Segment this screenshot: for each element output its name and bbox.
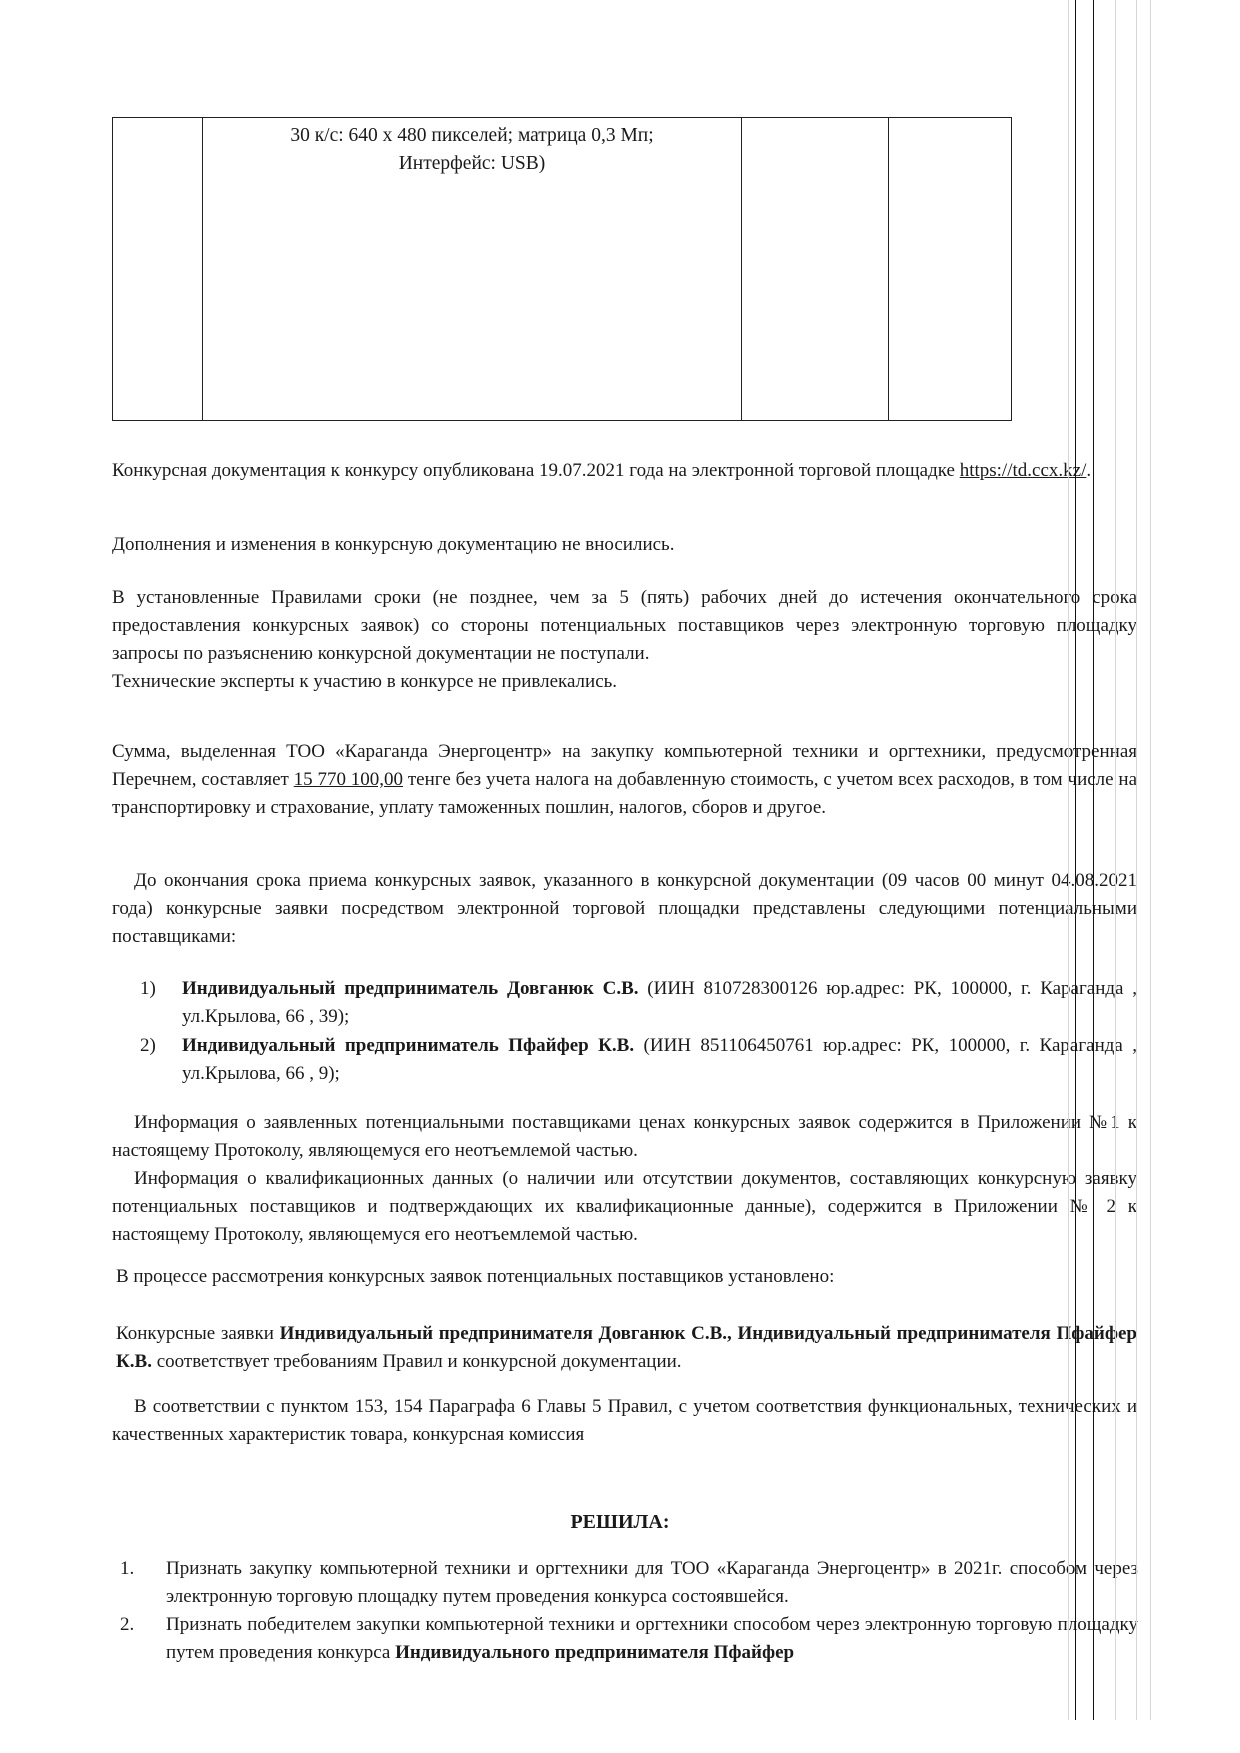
spec-line-1: 30 к/с: 640 х 480 пикселей; матрица 0,3 …: [203, 122, 741, 150]
table-cell-price: [889, 118, 1012, 421]
publication-paragraph: Конкурсная документация к конкурсу опубл…: [112, 457, 1137, 485]
info-prices-paragraph: Информация о заявленных потенциальными п…: [112, 1109, 1137, 1165]
winner-name: Индивидуального предпринимателя Пфайфер: [395, 1642, 794, 1663]
decision-heading: РЕШИЛА:: [0, 1511, 1240, 1534]
budget-amount: 15 770 100,00: [294, 769, 403, 790]
document-page: 30 к/с: 640 х 480 пикселей; матрица 0,3 …: [0, 0, 1240, 1753]
compliance-paragraph: Конкурсные заявки Индивидуальный предпри…: [112, 1320, 1137, 1376]
bidder-name: Индивидуальный предприниматель Довганюк …: [182, 978, 639, 999]
table-row: 30 к/с: 640 х 480 пикселей; матрица 0,3 …: [113, 118, 1012, 421]
deadline-paragraph: До окончания срока приема конкурсных зая…: [112, 867, 1137, 951]
bidder-name: Индивидуальный предпринимателя Довганюк …: [280, 1323, 732, 1344]
basis-paragraph: В соответствии с пунктом 153, 154 Парагр…: [112, 1393, 1137, 1449]
scan-artifact-line: [1136, 0, 1137, 1720]
list-item: 2. Признать победителем закупки компьюте…: [118, 1611, 1138, 1667]
table-cell-number: [113, 118, 203, 421]
scan-artifact-line: [1075, 0, 1076, 1720]
list-item: 1) Индивидуальный предприниматель Довган…: [140, 975, 1137, 1031]
table-cell-specification: 30 к/с: 640 х 480 пикселей; матрица 0,3 …: [203, 118, 742, 421]
spec-table-fragment: 30 к/с: 640 х 480 пикселей; матрица 0,3 …: [112, 117, 1012, 421]
budget-paragraph: Сумма, выделенная ТОО «Караганда Энергоц…: [112, 738, 1137, 822]
table-cell-quantity: [742, 118, 889, 421]
list-item: 2) Индивидуальный предприниматель Пфайфе…: [140, 1032, 1137, 1088]
no-requests-paragraph: В установленные Правилами сроки (не позд…: [112, 584, 1137, 668]
scan-artifact-line: [1068, 0, 1069, 1720]
no-changes-paragraph: Дополнения и изменения в конкурсную доку…: [112, 531, 1137, 559]
scan-artifact-line: [1093, 0, 1094, 1720]
no-experts-paragraph: Технические эксперты к участию в конкурс…: [112, 668, 1137, 696]
list-item: 1. Признать закупку компьютерной техники…: [118, 1555, 1138, 1611]
spec-line-2: Интерфейс: USB): [203, 150, 741, 178]
info-qualification-paragraph: Информация о квалификационных данных (о …: [112, 1165, 1137, 1249]
bidders-list: 1) Индивидуальный предприниматель Довган…: [140, 975, 1137, 1089]
bidder-name: Индивидуальный предприниматель Пфайфер К…: [182, 1035, 634, 1056]
scan-artifact-line: [1115, 0, 1116, 1720]
review-intro-paragraph: В процессе рассмотрения конкурсных заяво…: [112, 1263, 1141, 1291]
scan-artifact-line: [1150, 0, 1151, 1720]
decisions-list: 1. Признать закупку компьютерной техники…: [118, 1555, 1138, 1667]
